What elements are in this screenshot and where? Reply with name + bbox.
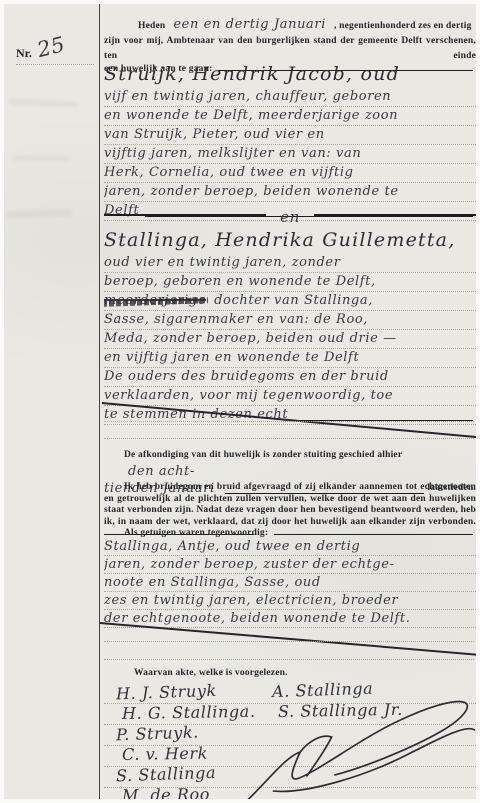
connector-rule-left bbox=[104, 214, 266, 216]
witnesses-section: Stallinga, Antje, oud twee en dertigjare… bbox=[104, 538, 476, 628]
printed-year: , negentienhonderd zes en dertig bbox=[334, 21, 472, 31]
bride-details-b: Sasse, sigarenmaker en van: de Roo,Meda,… bbox=[104, 311, 476, 368]
groom-details: vijf en twintig jaren, chauffeur, gebore… bbox=[104, 88, 476, 202]
bride-name: Stallinga, Hendrika Guillemetta, bbox=[104, 226, 476, 254]
ink-bleedthrough-mark bbox=[6, 209, 72, 218]
connector-rule-right bbox=[314, 214, 476, 216]
handwritten-line: verklaarden, voor mij tegenwoordig, toe bbox=[104, 387, 476, 406]
vows-text: Ik heb bruidegom en bruid afgevraagd of … bbox=[104, 482, 476, 527]
bride-daughter-of: dochter van Stallinga, bbox=[214, 293, 373, 308]
connector-row: en bbox=[104, 209, 476, 225]
handwritten-line: Sasse, sigarenmaker en van: de Roo, bbox=[104, 311, 476, 330]
signature: S. Stallinga bbox=[116, 762, 250, 787]
margin-divider-line bbox=[99, 4, 100, 799]
bride-strikethrough-line: meerderjarigedochter van Stallinga, bbox=[104, 292, 476, 311]
connector-word: en bbox=[266, 208, 314, 226]
empty-ruled-line bbox=[104, 658, 474, 660]
marriage-date-handwritten: een en dertig Januari bbox=[173, 17, 326, 32]
handwritten-line: Stallinga, Antje, oud twee en dertig bbox=[104, 538, 476, 556]
handwritten-line: en vijftig jaren en wonende te Delft bbox=[104, 349, 476, 368]
parental-consent: De ouders des bruidegoms en der bruidver… bbox=[104, 368, 476, 406]
empty-ruled-line bbox=[104, 437, 474, 439]
signatures-left-column: H. J. StruykH. G. Stallinga.P. Struyk.C.… bbox=[116, 682, 250, 803]
empty-ruled-line bbox=[104, 640, 474, 642]
handwritten-line: van Struijk, Pieter, oud vier en bbox=[104, 126, 476, 145]
groom-section: Struijk, Hendrik Jacob, oud vijf en twin… bbox=[104, 60, 476, 221]
handwritten-line: en wonende te Delft, meerderjarige zoon bbox=[104, 107, 476, 126]
handwritten-line: De ouders des bruidegoms en der bruid bbox=[104, 368, 476, 387]
registrar-signature-flourish bbox=[240, 688, 480, 803]
handwritten-line: der echtgenoote, beiden wonende te Delft… bbox=[104, 610, 476, 628]
margin-column: Nr.25 bbox=[4, 4, 99, 799]
empty-ruled-line bbox=[104, 420, 474, 422]
signature: M. de Roo bbox=[122, 783, 256, 803]
handwritten-line: zes en twintig jaren, electricien, broed… bbox=[104, 592, 476, 610]
act-number-label: Nr. bbox=[16, 46, 32, 60]
bride-section: Stallinga, Hendrika Guillemetta, oud vie… bbox=[104, 226, 476, 425]
announcement-date-part1: den acht- bbox=[128, 464, 195, 479]
handwritten-line: jaren, zonder beroep, beiden wonende te bbox=[104, 183, 476, 202]
closing-statement: Waarvan akte, welke is voorgelezen. bbox=[104, 668, 480, 678]
act-number-value: 25 bbox=[35, 32, 68, 62]
struck-word: meerderjarige bbox=[104, 293, 206, 308]
bride-details-a: oud vier en twintig jaren, zonderberoep,… bbox=[104, 254, 476, 292]
announcement-line-1: De afkondiging van dit huwelijk is zonde… bbox=[104, 445, 476, 480]
handwritten-line: jaren, zonder beroep, zuster der echtge- bbox=[104, 556, 476, 574]
handwritten-line: beroep, geboren en wonende te Delft, bbox=[104, 273, 476, 292]
handwritten-line: vijftig jaren, melkslijter en van: van bbox=[104, 145, 476, 164]
ink-bleedthrough-mark bbox=[12, 155, 70, 161]
opening-line-1: Heden een en dertig Januari , negentienh… bbox=[104, 16, 476, 34]
blank-filler-rule bbox=[274, 534, 473, 535]
announcement-printed: De afkondiging van dit huwelijk is zonde… bbox=[124, 450, 402, 460]
witness-intro-row: Als getuigen waren tegenwoordig: bbox=[104, 528, 476, 538]
handwritten-line: noote en Stallinga, Sasse, oud bbox=[104, 574, 476, 592]
groom-name: Struijk, Hendrik Jacob, oud bbox=[104, 60, 476, 88]
handwritten-line: oud vier en twintig jaren, zonder bbox=[104, 254, 476, 273]
handwritten-line: Meda, zonder beroep, beiden oud drie — bbox=[104, 330, 476, 349]
witness-intro-text: Als getuigen waren tegenwoordig: bbox=[104, 528, 268, 538]
printed-heden: Heden bbox=[138, 21, 165, 31]
handwritten-line: vijf en twintig jaren, chauffeur, gebore… bbox=[104, 88, 476, 107]
signature: P. Struyk. bbox=[116, 721, 250, 746]
ink-bleedthrough-mark bbox=[8, 99, 78, 107]
act-number: Nr.25 bbox=[16, 38, 94, 65]
signature: H. J. Struyk bbox=[116, 680, 250, 705]
handwritten-line: Herk, Cornelia, oud twee en vijftig bbox=[104, 164, 476, 183]
marriage-certificate-scan: Nr.25 Heden een en dertig Januari , nege… bbox=[0, 0, 480, 803]
